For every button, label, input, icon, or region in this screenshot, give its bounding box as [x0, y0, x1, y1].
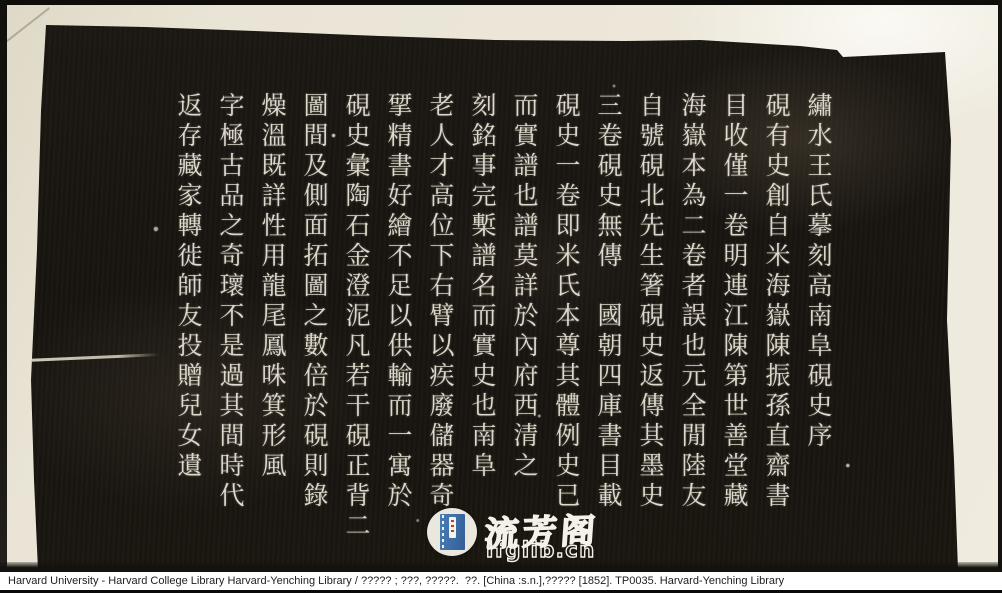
- stitched-book-icon: [440, 514, 465, 550]
- library-caption-bar: Harvard University - Harvard College Lib…: [0, 570, 1002, 593]
- book-label-text-marks: [451, 520, 454, 535]
- calligraphy-column: 揅精書好繪不足以供輸而一寓於: [377, 92, 419, 560]
- library-caption-text: Harvard University - Harvard College Lib…: [0, 575, 784, 587]
- scan-edge-left: [0, 0, 7, 570]
- book-title-label: [449, 517, 456, 538]
- calligraphy-column: 老人才高位下右臂以疾廢儲器奇: [419, 92, 461, 560]
- calligraphy-column: 返存藏家轉徙師友投贈兒女遺: [167, 92, 209, 560]
- scanned-paper-sheet: 繡水王氏摹刻高南阜硯史序 硯有史創自米海嶽陳振孫直齋書 目收僅一卷明連江陳第世善…: [0, 0, 1002, 570]
- ink-rubbing: 繡水王氏摹刻高南阜硯史序 硯有史創自米海嶽陳振孫直齋書 目收僅一卷明連江陳第世善…: [25, 20, 960, 570]
- digitized-rubbing-page: 繡水王氏摹刻高南阜硯史序 硯有史創自米海嶽陳振孫直齋書 目收僅一卷明連江陳第世善…: [0, 0, 1002, 593]
- calligraphy-column: 硯史一卷即米氏本尊其體例史已: [545, 92, 587, 560]
- calligraphy-column: 自號硯北先生箸硯史返傳其墨史: [629, 92, 671, 560]
- calligraphy-column: 刻銘事完槧譜名而實史也南阜: [461, 92, 503, 560]
- watermark-site-domain: lfglib.cn: [486, 538, 596, 562]
- calligraphy-column: 硯有史創自米海嶽陳振孫直齋書: [755, 92, 797, 560]
- site-watermark: 流芳阁 lfglib.cn: [427, 505, 697, 567]
- calligraphy-column: 圖間及側面拓圖之數倍於硯則錄: [293, 92, 335, 560]
- calligraphy-column: 目收僅一卷明連江陳第世善堂藏: [713, 92, 755, 560]
- calligraphy-column: 燥溫既詳性用龍尾鳳咮箕形風: [251, 92, 293, 560]
- calligraphy-column: 而實譜也譜莫詳於內府西清之: [503, 92, 545, 560]
- calligraphy-column: 繡水王氏摹刻高南阜硯史序: [797, 92, 839, 560]
- calligraphy-column: 海嶽本為二卷者誤也元全閒陸友: [671, 92, 713, 560]
- watermark-logo-circle: [427, 508, 477, 556]
- scan-edge-top: [0, 0, 1002, 5]
- calligraphy-column: 三卷硯史無傳 國朝四庫書目載: [587, 92, 629, 560]
- calligraphy-text-block: 繡水王氏摹刻高南阜硯史序 硯有史創自米海嶽陳振孫直齋書 目收僅一卷明連江陳第世善…: [163, 92, 839, 560]
- book-stitching: [442, 515, 444, 549]
- rubbing-crack-line: [27, 353, 159, 362]
- calligraphy-column: 字極古品之奇瓌不是過其間時代: [209, 92, 251, 560]
- paper-crease: [0, 7, 50, 47]
- scan-edge-right: [998, 0, 1002, 570]
- calligraphy-column: 硯史彙陶石金澄泥凡若干硯正背二: [335, 92, 377, 560]
